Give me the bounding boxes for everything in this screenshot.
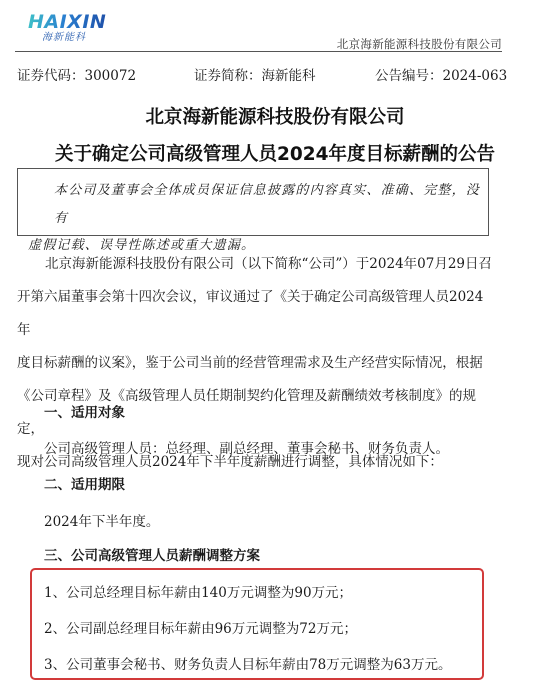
- plan-item-general-manager: 1、公司总经理目标年薪由140万元调整为90万元；: [44, 581, 352, 601]
- section-heading-period: 二、适用期限: [44, 473, 125, 493]
- paragraph-line: 度目标薪酬的议案》，鉴于公司当前的经营管理需求及生产经营实际情况，根据: [17, 347, 495, 380]
- notice-number: 公告编号：2024-063: [375, 64, 507, 84]
- plan-item-secretary-cfo: 3、公司董事会秘书、财务负责人目标年薪由78万元调整为63万元。: [44, 653, 451, 673]
- logo-text-en: HAIXIN: [28, 12, 108, 32]
- section-heading-plan: 三、公司高级管理人员薪酬调整方案: [44, 544, 260, 564]
- header-company-name: 北京海新能源科技股份有限公司: [337, 36, 502, 52]
- company-logo: HAIXIN 海新能科: [28, 12, 108, 46]
- notice-number-label: 公告编号：: [375, 68, 443, 84]
- header-divider: [15, 51, 502, 52]
- stock-code: 证券代码：300072: [17, 64, 136, 84]
- stock-code-value: 300072: [85, 68, 137, 84]
- paragraph-line: 开第六届董事会第十四次会议，审议通过了《关于确定公司高级管理人员2024年: [17, 281, 495, 347]
- document-title-company: 北京海新能源科技股份有限公司: [0, 103, 550, 129]
- section-text-period: 2024年下半年度。: [44, 510, 159, 530]
- document-title-subject: 关于确定公司高级管理人员2024年度目标薪酬的公告: [0, 140, 550, 166]
- stock-abbr-label: 证券简称：: [194, 68, 262, 84]
- stock-abbreviation: 证券简称：海新能科: [194, 64, 316, 84]
- disclosure-statement-box: 本公司及董事会全体成员保证信息披露的内容真实、准确、完整，没有 虚假记载、误导性…: [17, 168, 489, 236]
- section-text-scope: 公司高级管理人员：总经理、副总经理、董事会秘书、财务负责人。: [44, 437, 449, 457]
- disclosure-line: 本公司及董事会全体成员保证信息披露的内容真实、准确、完整，没有: [28, 177, 480, 233]
- stock-abbr-value: 海新能科: [262, 68, 316, 84]
- plan-item-deputy-general-manager: 2、公司副总经理目标年薪由96万元调整为72万元；: [44, 617, 357, 637]
- notice-number-value: 2024-063: [443, 68, 508, 84]
- logo-text-cn: 海新能科: [42, 32, 108, 44]
- stock-code-label: 证券代码：: [17, 68, 85, 84]
- section-heading-scope: 一、适用对象: [44, 401, 125, 421]
- paragraph-line: 北京海新能源科技股份有限公司（以下简称“公司”）于2024年07月29日召: [17, 248, 495, 281]
